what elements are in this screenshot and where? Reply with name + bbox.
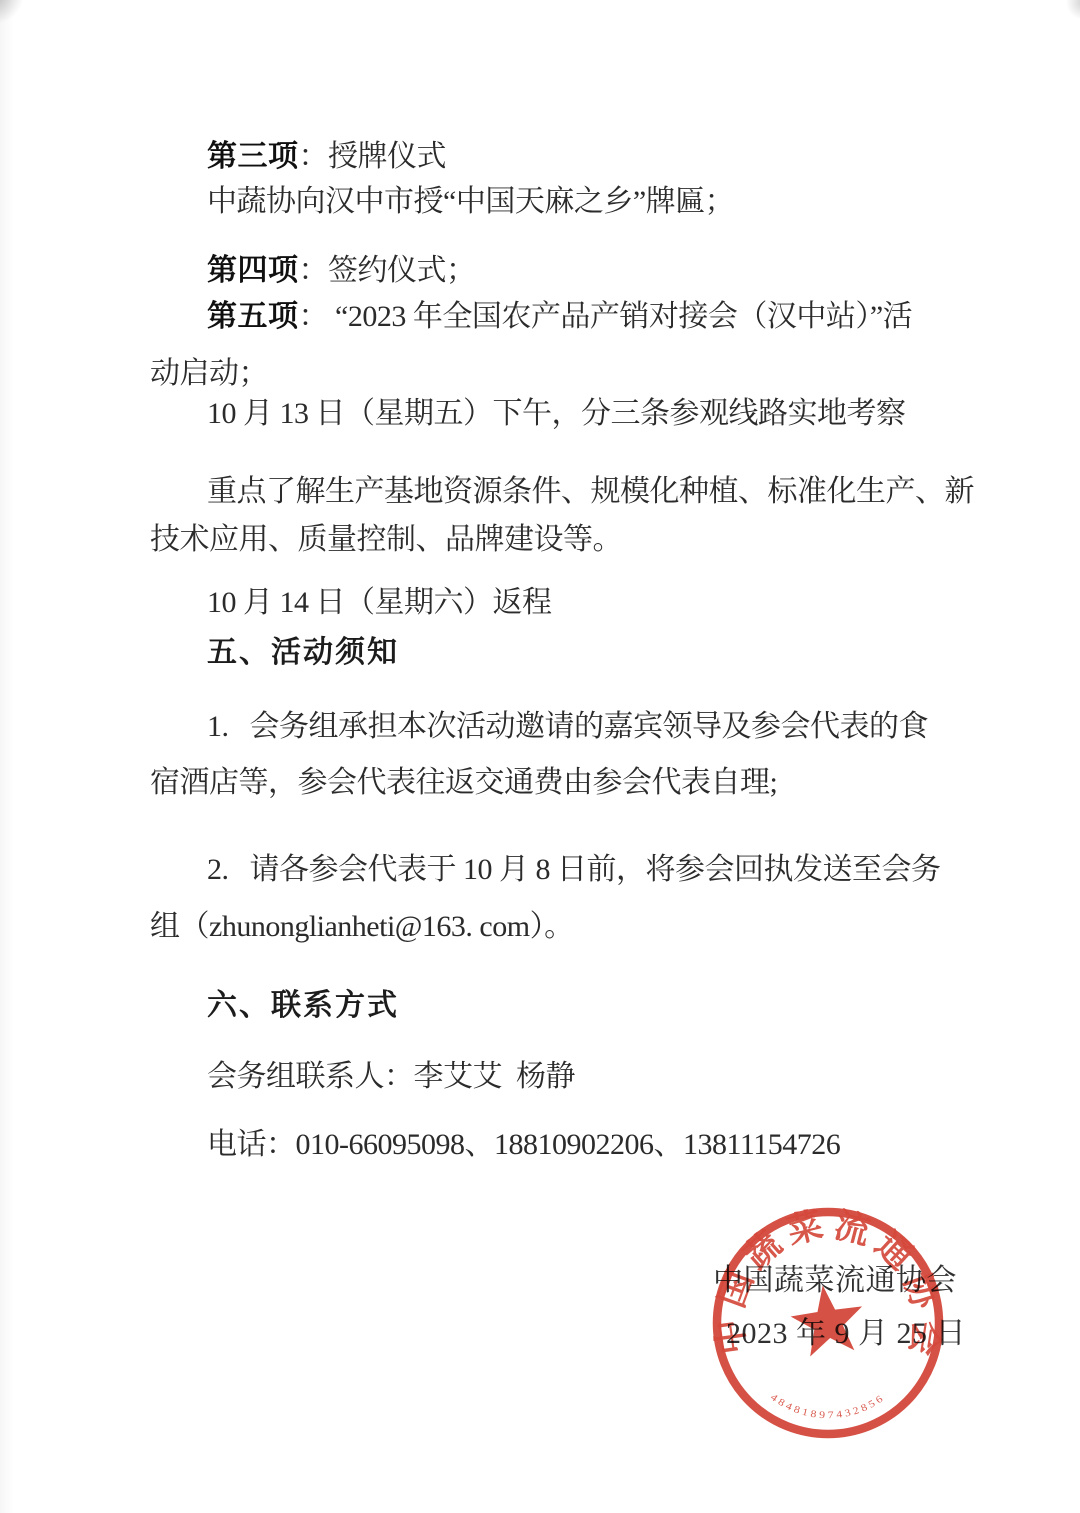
doc-line: 电话：010-66095098、18810902206、13811154726 [207, 1127, 840, 1163]
doc-line: 1. 会务组承担本次活动邀请的嘉宾领导及参会代表的食 [207, 709, 928, 745]
doc-line: 动启动； [150, 356, 268, 392]
section-heading: 五、活动须知 [207, 635, 399, 671]
line-text: 宿酒店等，参会代表往返交通费由参会代表自理; [150, 766, 777, 799]
line-text: 中蔬协向汉中市授“中国天麻之乡”牌匾； [207, 185, 734, 218]
doc-line: 第四项：签约仪式； [207, 253, 476, 289]
doc-line: 重点了解生产基地资源条件、规模化种植、标准化生产、新 [207, 474, 974, 510]
line-text: 会务组联系人：李艾艾 杨静 [207, 1060, 575, 1093]
line-lead: 第三项 [207, 140, 299, 173]
line-text: 1. 会务组承担本次活动邀请的嘉宾领导及参会代表的食 [207, 710, 928, 743]
seal-serial: 48481897432856 [768, 1392, 887, 1421]
doc-line: 10 月 14 日（星期六）返程 [207, 585, 552, 621]
line-text: ：授牌仪式 [299, 140, 447, 173]
document-page: 第三项：授牌仪式 中蔬协向汉中市授“中国天麻之乡”牌匾； 第四项：签约仪式； 第… [0, 0, 1080, 1513]
doc-line: 会务组联系人：李艾艾 杨静 [207, 1059, 575, 1095]
line-text: 技术应用、质量控制、品牌建设等。 [150, 523, 622, 556]
line-text: 动启动； [150, 357, 268, 390]
doc-line: 技术应用、质量控制、品牌建设等。 [150, 522, 622, 558]
line-text: 重点了解生产基地资源条件、规模化种植、标准化生产、新 [207, 475, 974, 508]
signature-date: 2023 年 9 月 25 日 [726, 1317, 966, 1351]
doc-line: 组（zhunonglianheti@163. com）。 [150, 909, 574, 945]
heading-text: 五、活动须知 [207, 636, 399, 669]
line-text: 10 月 14 日（星期六）返程 [207, 586, 552, 619]
line-lead: 第五项 [207, 300, 299, 333]
line-lead: 第四项 [207, 254, 299, 287]
signature-org: 中国蔬菜流通协会 [713, 1264, 957, 1298]
line-text: 2. 请各参会代表于 10 月 8 日前，将参会回执发送至会务 [207, 853, 941, 886]
line-text: 10 月 13 日（星期五）下午，分三条参观线路实地考察 [207, 397, 906, 430]
doc-line: 10 月 13 日（星期五）下午，分三条参观线路实地考察 [207, 396, 906, 432]
section-heading: 六、联系方式 [207, 988, 399, 1024]
line-text: 组（zhunonglianheti@163. com）。 [150, 910, 574, 943]
doc-line: 2. 请各参会代表于 10 月 8 日前，将参会回执发送至会务 [207, 852, 941, 888]
heading-text: 六、联系方式 [207, 989, 399, 1022]
doc-line: 第五项： “2023 年全国农产品产销对接会（汉中站）”活 [207, 299, 912, 335]
line-text: 电话：010-66095098、18810902206、13811154726 [207, 1128, 840, 1161]
line-text: ：签约仪式； [299, 254, 476, 287]
line-text: ： “2023 年全国农产品产销对接会（汉中站）”活 [299, 300, 913, 333]
doc-line: 中蔬协向汉中市授“中国天麻之乡”牌匾； [207, 184, 734, 220]
doc-line: 第三项：授牌仪式 [207, 139, 446, 175]
doc-line: 宿酒店等，参会代表往返交通费由参会代表自理; [150, 765, 777, 801]
